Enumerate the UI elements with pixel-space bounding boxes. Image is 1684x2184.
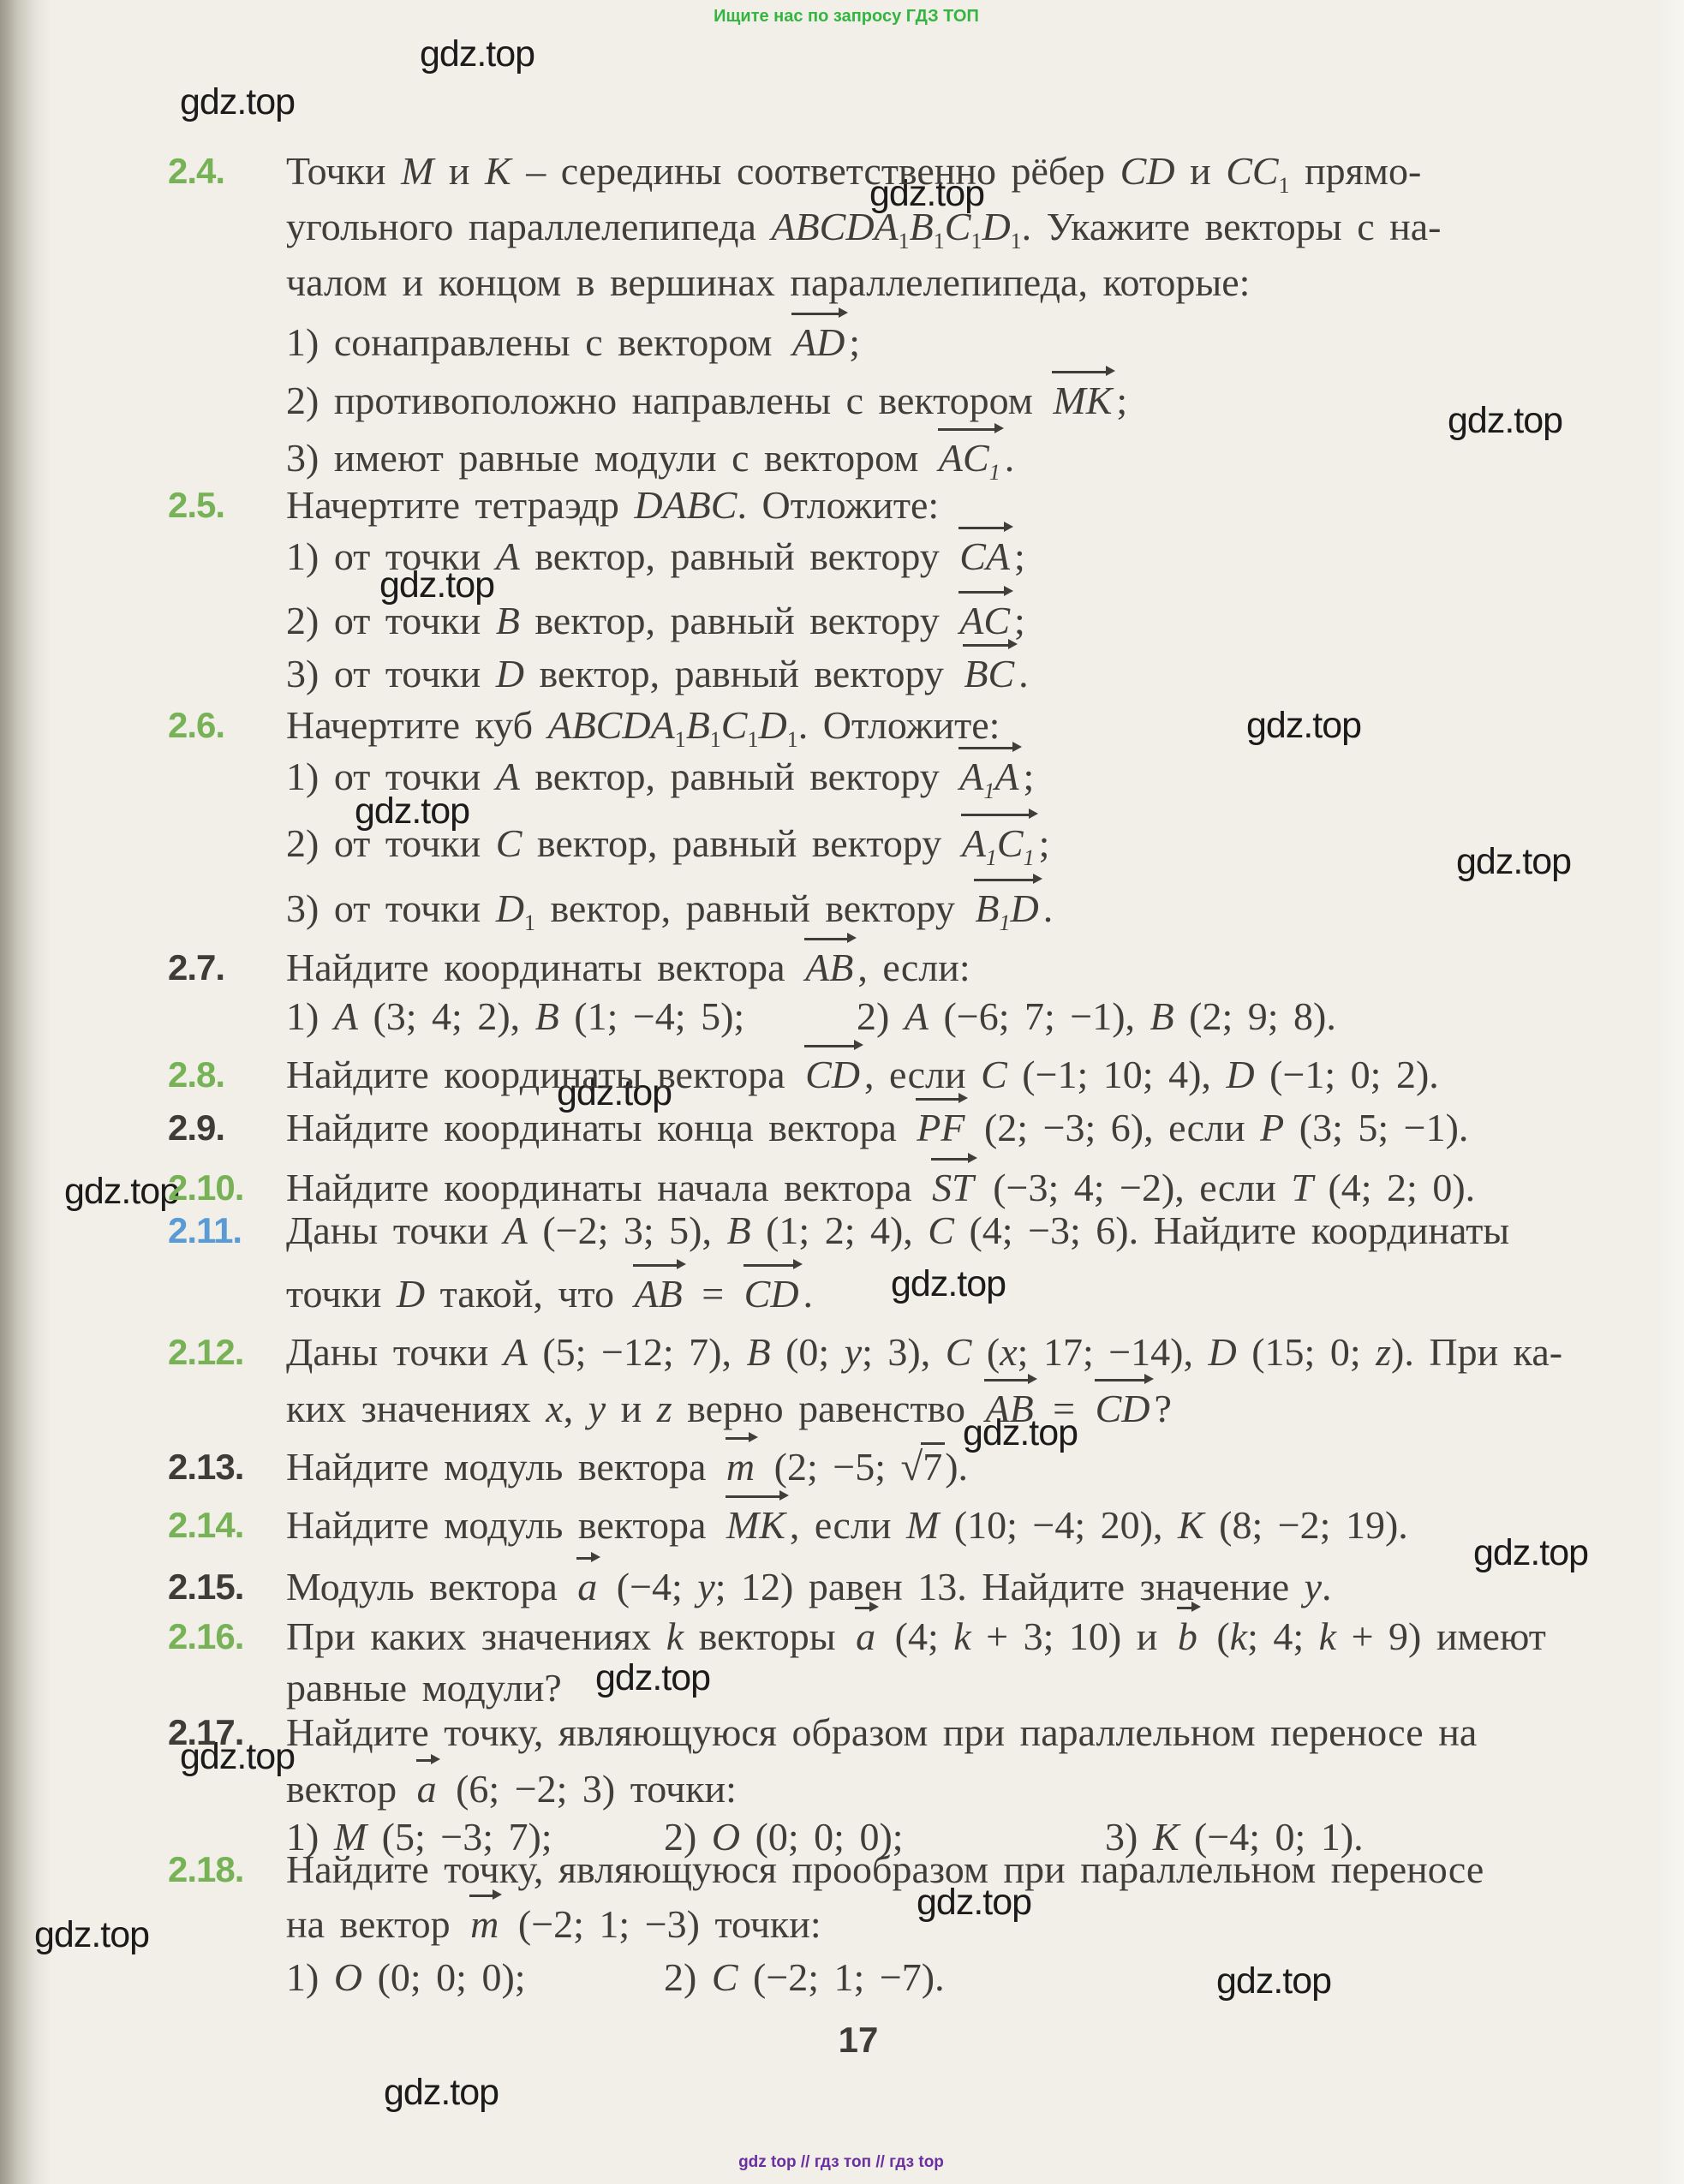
problem-line: 1) A (3; 4; 2), B (1; −4; 5); bbox=[286, 995, 744, 1039]
problem-number: 2.13. bbox=[168, 1447, 243, 1487]
problem-line-numbered: 2.9.Найдите координаты конца вектора PF … bbox=[286, 1107, 1468, 1150]
vector-notation: B1D bbox=[973, 887, 1040, 931]
problem-number: 2.15. bbox=[168, 1567, 243, 1607]
problem-number: 2.18. bbox=[168, 1850, 243, 1889]
page-number: 17 bbox=[839, 2020, 879, 2061]
vector-notation: MK bbox=[725, 1504, 787, 1548]
vector-notation: AB bbox=[983, 1387, 1035, 1431]
vector-notation: m bbox=[725, 1446, 756, 1489]
problem-line: 2) C (−2; 1; −7). bbox=[664, 1956, 945, 2000]
vector-notation: CA bbox=[958, 535, 1012, 579]
gdz-watermark: gdz.top bbox=[384, 2074, 499, 2111]
promo-footer: gdz top // гдз топ // гдз top bbox=[738, 2153, 944, 2172]
problem-line-numbered: 2.12.Даны точки A (5; −12; 7), B (0; y; … bbox=[286, 1331, 1562, 1375]
gdz-watermark: gdz.top bbox=[1456, 844, 1571, 880]
problem-line: чалом и концом в вершинах параллелепипед… bbox=[286, 261, 1250, 305]
vector-notation: CD bbox=[803, 1053, 862, 1097]
problem-number: 2.14. bbox=[168, 1506, 243, 1545]
problem-line: 1) сонаправлены с вектором AD; bbox=[286, 321, 860, 365]
problem-line: угольного параллелепипеда ABCDA1B1C1D1. … bbox=[286, 206, 1441, 249]
problem-line: ких значениях x, y и z верно равенство A… bbox=[286, 1387, 1172, 1431]
problem-number: 2.12. bbox=[168, 1333, 243, 1372]
gdz-watermark: gdz.top bbox=[891, 1266, 1006, 1303]
problem-number: 2.16. bbox=[168, 1617, 243, 1656]
problem-line-numbered: 2.10.Найдите координаты начала вектора S… bbox=[286, 1167, 1475, 1210]
vector-notation: m bbox=[469, 1903, 500, 1947]
problem-line: 2) от точки B вектор, равный вектору AC; bbox=[286, 600, 1025, 643]
problem-line: равные модули? bbox=[286, 1667, 562, 1710]
problem-number: 2.4. bbox=[168, 152, 224, 191]
problem-number: 2.10. bbox=[168, 1168, 243, 1208]
problem-line-numbered: 2.13.Найдите модуль вектора m (2; −5; √7… bbox=[286, 1446, 968, 1490]
gdz-watermark: gdz.top bbox=[1473, 1535, 1588, 1572]
textbook-page: Ищите нас по запросу ГДЗ ТОП gdz.topgdz.… bbox=[0, 0, 1684, 2184]
gdz-watermark: gdz.top bbox=[595, 1660, 710, 1697]
problem-line: 1) от точки A вектор, равный вектору CA; bbox=[286, 535, 1025, 579]
vector-notation: A1C1 bbox=[960, 822, 1036, 866]
gdz-watermark: gdz.top bbox=[1216, 1963, 1331, 2000]
problem-number: 2.8. bbox=[168, 1055, 224, 1095]
problem-line-numbered: 2.7.Найдите координаты вектора AB, если: bbox=[286, 946, 970, 990]
vector-notation: a bbox=[576, 1566, 599, 1609]
problem-line: 1) от точки A вектор, равный вектору A1A… bbox=[286, 755, 1034, 799]
problem-line: 2) A (−6; 7; −1), B (2; 9; 8). bbox=[857, 995, 1336, 1039]
problem-line-numbered: 2.5.Начертите тетраэдр DABC. Отложите: bbox=[286, 484, 939, 528]
vector-notation: ST bbox=[930, 1167, 976, 1210]
problem-number: 2.9. bbox=[168, 1108, 224, 1148]
vector-notation: b bbox=[1176, 1615, 1199, 1659]
problem-line-numbered: 2.18.Найдите точку, являющуюся прообразо… bbox=[286, 1848, 1484, 1892]
problem-number: 2.6. bbox=[168, 706, 224, 745]
vector-notation: PF bbox=[915, 1107, 966, 1150]
vector-notation: a bbox=[415, 1768, 439, 1811]
problem-line: 3) от точки D1 вектор, равный вектору B1… bbox=[286, 887, 1053, 931]
vector-notation: BC bbox=[962, 653, 1016, 696]
problem-line: 2) от точки C вектор, равный вектору A1C… bbox=[286, 822, 1049, 866]
problem-line: 3) имеют равные модули с вектором AC1. bbox=[286, 437, 1014, 480]
vector-notation: AC1 bbox=[937, 437, 1002, 480]
problem-line-numbered: 2.17.Найдите точку, являющуюся образом п… bbox=[286, 1711, 1477, 1755]
problem-line-numbered: 2.16.При каких значениях k векторы a (4;… bbox=[286, 1615, 1546, 1659]
problem-number: 2.7. bbox=[168, 948, 224, 988]
gdz-watermark: gdz.top bbox=[1246, 707, 1361, 744]
gdz-watermark: gdz.top bbox=[1448, 403, 1562, 439]
problem-line: на вектор m (−2; 1; −3) точки: bbox=[286, 1903, 821, 1947]
gdz-watermark: gdz.top bbox=[180, 84, 295, 121]
vector-notation: MK bbox=[1051, 379, 1114, 423]
problem-line-numbered: 2.14.Найдите модуль вектора MK, если M (… bbox=[286, 1504, 1408, 1548]
promo-header: Ищите нас по запросу ГДЗ ТОП bbox=[714, 7, 979, 27]
problem-number: 2.5. bbox=[168, 486, 224, 525]
square-root: √7 bbox=[900, 1445, 945, 1489]
gdz-watermark: gdz.top bbox=[420, 36, 534, 73]
vector-notation: AB bbox=[803, 946, 855, 990]
vector-notation: a bbox=[854, 1615, 877, 1659]
problem-line: 1) O (0; 0; 0); bbox=[286, 1956, 526, 2000]
problem-line: 3) от точки D вектор, равный вектору BC. bbox=[286, 653, 1029, 696]
problem-number: 2.17. bbox=[168, 1713, 243, 1752]
problem-line-numbered: 2.6.Начертите куб ABCDA1B1C1D1. Отложите… bbox=[286, 704, 1000, 748]
problem-line: точки D такой, что AB = CD. bbox=[286, 1273, 813, 1316]
gdz-watermark: gdz.top bbox=[34, 1917, 149, 1954]
vector-notation: AC bbox=[958, 600, 1012, 643]
problem-line-numbered: 2.11.Даны точки A (−2; 3; 5), B (1; 2; 4… bbox=[286, 1209, 1509, 1253]
page-edge-highlight bbox=[1658, 0, 1684, 2184]
vector-notation: AD bbox=[791, 321, 846, 365]
gdz-watermark: gdz.top bbox=[64, 1173, 179, 1210]
problem-line: 2) противоположно направлены с вектором … bbox=[286, 379, 1127, 423]
vector-notation: AB bbox=[632, 1273, 684, 1316]
problem-number: 2.11. bbox=[168, 1211, 242, 1250]
problem-line-numbered: 2.15.Модуль вектора a (−4; y; 12) равен … bbox=[286, 1566, 1332, 1609]
book-spine-shadow bbox=[0, 0, 51, 2184]
vector-notation: CD bbox=[1094, 1387, 1152, 1431]
problem-line: вектор a (6; −2; 3) точки: bbox=[286, 1768, 737, 1811]
problem-line-numbered: 2.8.Найдите координаты вектора CD, если … bbox=[286, 1053, 1439, 1097]
problem-line-numbered: 2.4.Точки M и K – середины соответственн… bbox=[286, 150, 1421, 194]
vector-notation: CD bbox=[743, 1273, 801, 1316]
vector-notation: A1A bbox=[958, 755, 1020, 799]
